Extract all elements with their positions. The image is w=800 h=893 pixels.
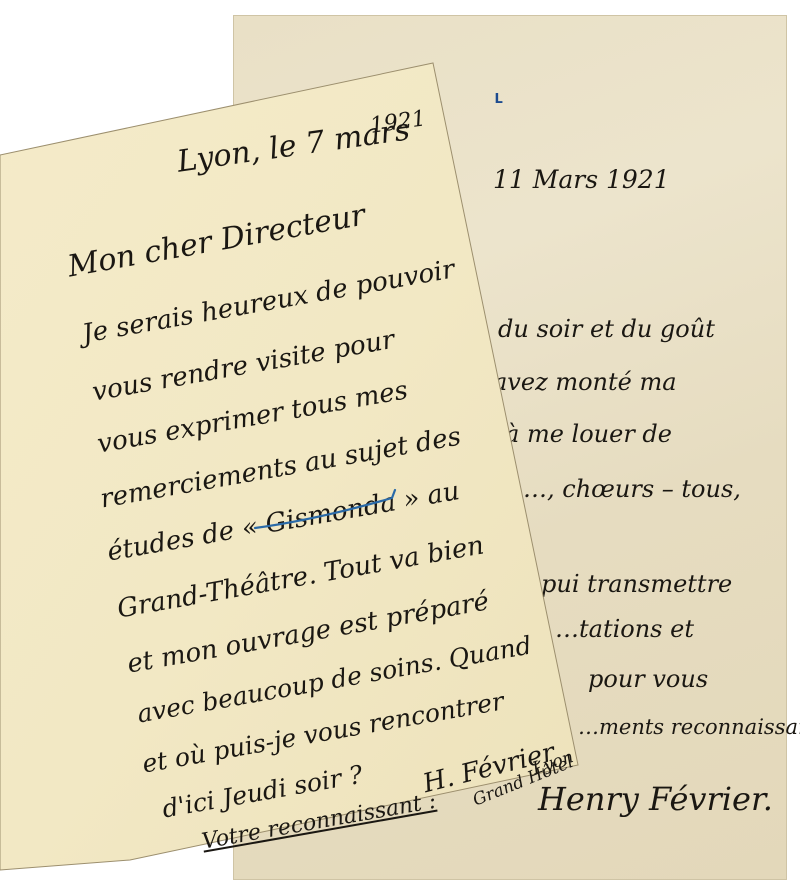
blue-pencil-underline [0, 0, 800, 893]
card-letter: Lyon, le 7 mars 1921 Mon cher Directeur … [0, 0, 800, 893]
letters-scene: LE GRL 11 Mars 1921 du soir et du goût a… [0, 0, 800, 893]
